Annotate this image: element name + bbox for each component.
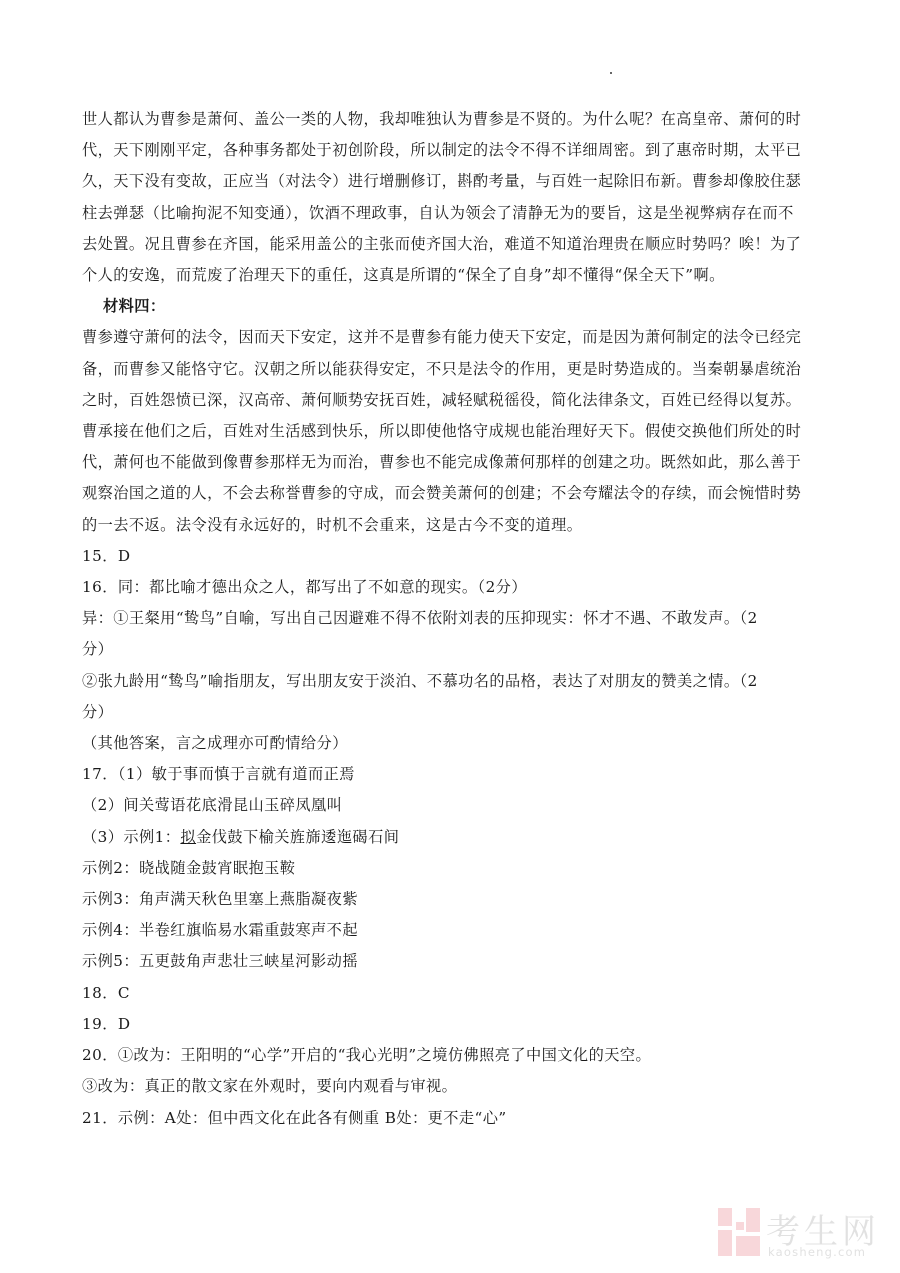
answer-16-note: （其他答案，言之成理亦可酌情给分） <box>82 728 822 759</box>
watermark-url: kaosheng.com <box>768 1245 866 1259</box>
answer-20: 20．①改为：王阳明的“心学”开启的“我心光明”之境仿佛照亮了中国文化的天空。 … <box>82 1040 822 1102</box>
text-line: 个人的安逸，而荒废了治理天下的重任，这真是所谓的“保全了自身”却不懂得“保全天下… <box>82 260 822 291</box>
text-line: 曹承接在他们之后，百姓对生活感到快乐，所以即使他恪守成规也能治理好天下。假使交换… <box>82 416 822 447</box>
answer-17-example-4: 示例4：半卷红旗临易水霜重鼓寒声不起 <box>82 915 822 946</box>
answer-16-diff-1: 异：①王粲用“鸷鸟”自喻，写出自己因避难不得不依附刘表的压抑现实：怀才不遇、不敢… <box>82 603 822 634</box>
answer-17-part-2: （2）间关莺语花底滑昆山玉碎凤凰叫 <box>82 790 822 821</box>
text-line: 的一去不返。法令没有永远好的，时机不会重来，这是古今不变的道理。 <box>82 510 822 541</box>
answer-17: 17．（1）敏于事而慎于言就有道而正焉 （2）间关莺语花底滑昆山玉碎凤凰叫 （3… <box>82 759 822 977</box>
text-line: 曹参遵守萧何的法令，因而天下安定，这并不是曹参有能力使天下安定，而是因为萧何制定… <box>82 322 822 353</box>
answer-18: 18．C <box>82 978 822 1009</box>
text-line: 代，天下刚刚平定，各种事务都处于初创阶段，所以制定的法令不得不详细周密。到了惠帝… <box>82 135 822 166</box>
kaosheng-logo-icon <box>718 1208 760 1256</box>
document-body: 世人都认为曹参是萧何、盖公一类的人物，我却唯独认为曹参是不贤的。为什么呢？在高皇… <box>82 104 822 1134</box>
text-line: 之时，百姓怨愤已深，汉高帝、萧何顺势安抚百姓，减轻赋税徭役，简化法律条文，百姓已… <box>82 385 822 416</box>
text-line: 世人都认为曹参是萧何、盖公一类的人物，我却唯独认为曹参是不贤的。为什么呢？在高皇… <box>82 104 822 135</box>
text-line: 柱去弹瑟（比喻拘泥不知变通），饮酒不理政事，自认为领会了清静无为的要旨，这是坐视… <box>82 198 822 229</box>
answer-16-diff-2: ②张九龄用“鸷鸟”喻指朋友，写出朋友安于淡泊、不慕功名的品格，表达了对朋友的赞美… <box>82 666 822 697</box>
text-line: 观察治国之道的人，不会去称誉曹参的守成，而会赞美萧何的创建；不会夸耀法令的存续，… <box>82 478 822 509</box>
answer-17-part-3-rest: 金伐鼓下榆关旌旆逶迤碣石间 <box>196 828 399 846</box>
answer-16-same: 16．同：都比喻才德出众之人，都写出了不如意的现实。（2分） <box>82 572 822 603</box>
page-marker-dot <box>610 72 612 74</box>
answer-17-part-1: 17．（1）敏于事而慎于言就有道而正焉 <box>82 759 822 790</box>
text-line: 代，萧何也不能做到像曹参那样无为而治，曹参也不能完成像萧何那样的创建之功。既然如… <box>82 447 822 478</box>
watermark: 考生网 kaosheng.com <box>718 1208 888 1268</box>
answer-19: 19．D <box>82 1009 822 1040</box>
answer-17-example-5: 示例5：五更鼓角声悲壮三峡星河影动摇 <box>82 946 822 977</box>
answer-20-revision-3: ③改为：真正的散文家在外观时，要向内观看与审视。 <box>82 1071 822 1102</box>
answer-17-example-3: 示例3：角声满天秋色里塞上燕脂凝夜紫 <box>82 884 822 915</box>
answer-16-diff-2-cont: 分） <box>82 697 822 728</box>
text-line: 备，而曹参又能恪守它。汉朝之所以能获得安定，不只是法令的作用，更是时势造成的。当… <box>82 354 822 385</box>
section-heading: 材料四： <box>82 291 822 322</box>
underlined-char: 拟 <box>180 828 196 846</box>
answer-21: 21．示例：A处：但中西文化在此各有侧重 B处：更不走“心” <box>82 1103 822 1134</box>
answer-17-example-2: 示例2：晓战随金鼓宵眠抱玉鞍 <box>82 853 822 884</box>
answer-16-diff-1-cont: 分） <box>82 634 822 665</box>
text-line: 去处置。况且曹参在齐国，能采用盖公的主张而使齐国大治，难道不知道治理贵在顺应时势… <box>82 229 822 260</box>
answer-15: 15．D <box>82 541 822 572</box>
answer-20-revision-1: 20．①改为：王阳明的“心学”开启的“我心光明”之境仿佛照亮了中国文化的天空。 <box>82 1040 822 1071</box>
material-four-section: 材料四： 曹参遵守萧何的法令，因而天下安定，这并不是曹参有能力使天下安定，而是因… <box>82 291 822 541</box>
text-line: 久，天下没有变故，正应当（对法令）进行增删修订，斟酌考量，与百姓一起除旧布新。曹… <box>82 166 822 197</box>
answer-16: 16．同：都比喻才德出众之人，都写出了不如意的现实。（2分） 异：①王粲用“鸷鸟… <box>82 572 822 759</box>
answer-17-part-3-prefix: （3）示例1： <box>82 828 180 846</box>
answer-17-part-3: （3）示例1：拟金伐鼓下榆关旌旆逶迤碣石间 <box>82 822 822 853</box>
passage-three-translation: 世人都认为曹参是萧何、盖公一类的人物，我却唯独认为曹参是不贤的。为什么呢？在高皇… <box>82 104 822 291</box>
